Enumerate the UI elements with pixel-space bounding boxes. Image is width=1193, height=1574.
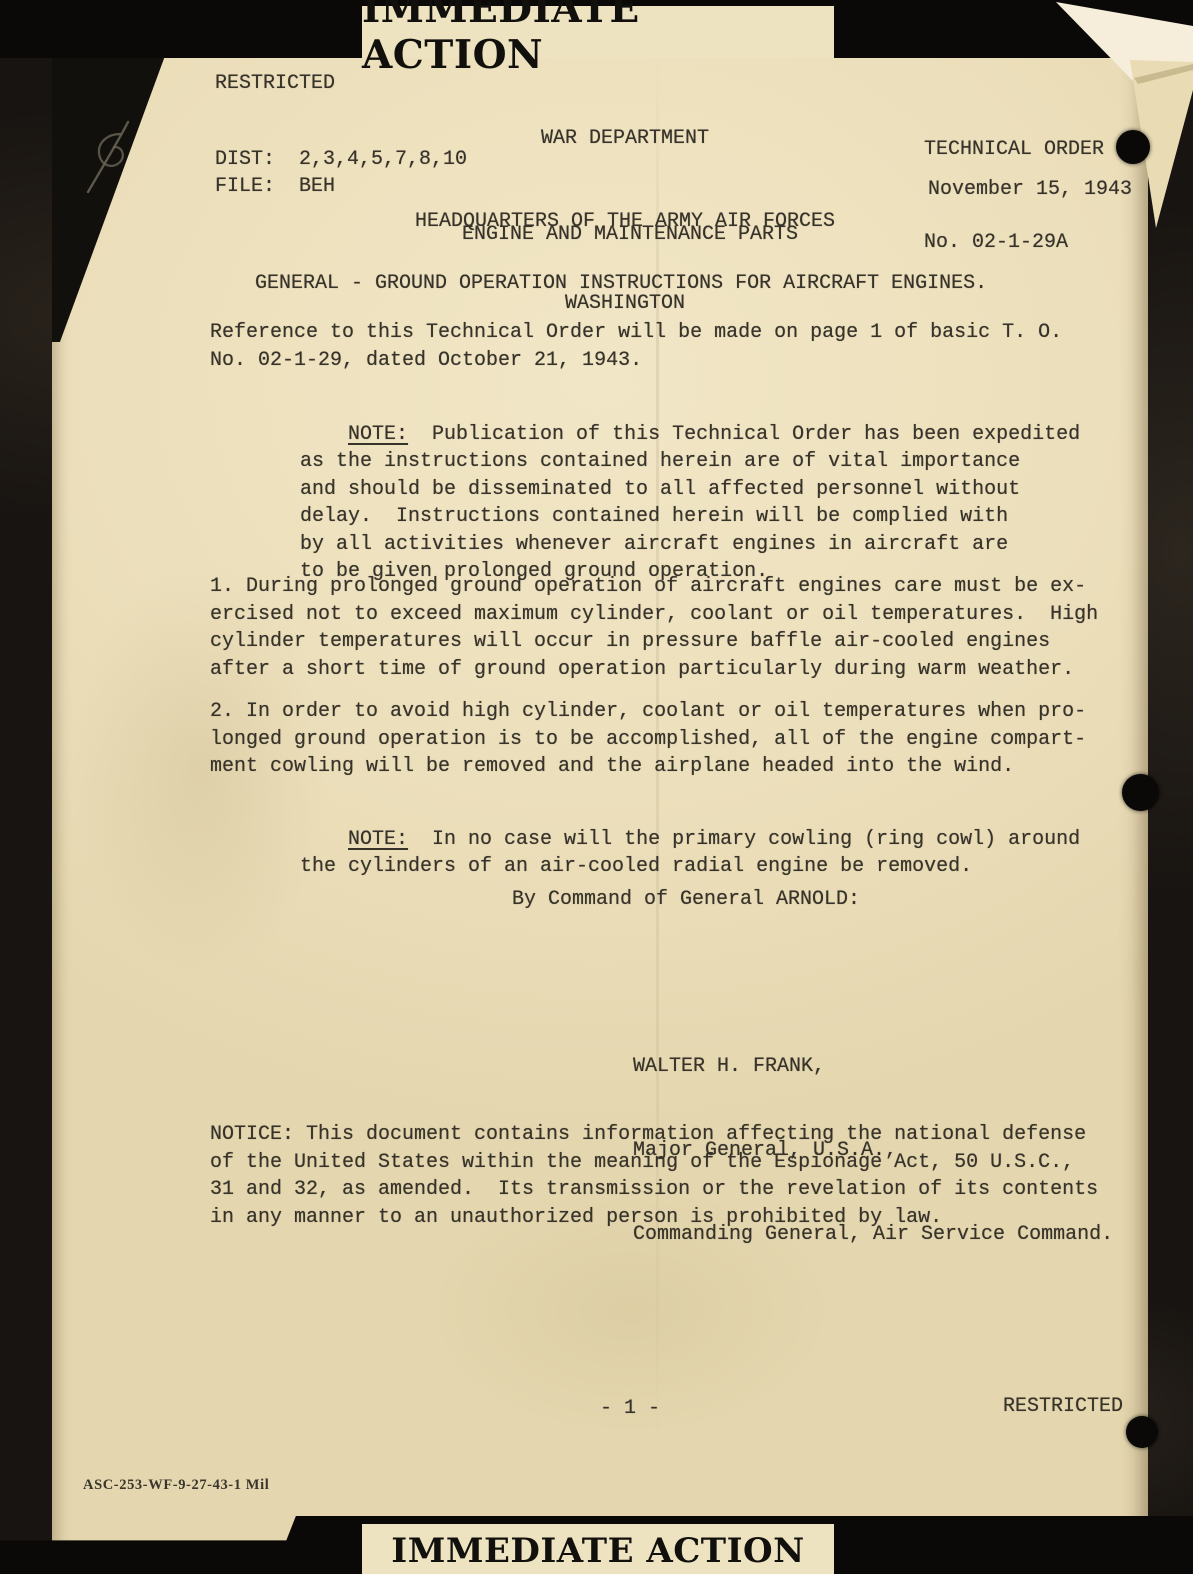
immediate-action-banner-top: IMMEDIATE ACTION bbox=[0, 0, 1193, 58]
punch-hole bbox=[1116, 130, 1150, 164]
classification-bottom: RESTRICTED bbox=[1003, 1393, 1123, 1421]
punch-hole bbox=[1126, 1416, 1158, 1448]
note-1-label: NOTE: bbox=[348, 423, 408, 446]
date-line: November 15, 1943 bbox=[928, 176, 1132, 204]
print-code: ASC-253-WF-9-27-43-1 Mil bbox=[83, 1477, 269, 1494]
note-1-text: Publication of this Technical Order has … bbox=[300, 423, 1080, 584]
signature-name: WALTER H. FRANK, bbox=[633, 1053, 1113, 1081]
paragraph-1: 1. During prolonged ground operation of … bbox=[210, 573, 1098, 683]
banner-bottom-text: IMMEDIATE ACTION bbox=[391, 1531, 804, 1571]
handwritten-mark bbox=[76, 116, 142, 202]
reference-paragraph: Reference to this Technical Order will b… bbox=[210, 319, 1062, 374]
technical-order-label: TECHNICAL ORDER bbox=[924, 134, 1104, 165]
dist-line: DIST: 2,3,4,5,7,8,10 bbox=[215, 146, 467, 174]
by-command-line: By Command of General ARNOLD: bbox=[512, 886, 860, 914]
espionage-notice: NOTICE: This document contains informati… bbox=[210, 1121, 1098, 1231]
note-2-text: In no case will the primary cowling (rin… bbox=[300, 828, 1080, 879]
punch-hole bbox=[1122, 774, 1159, 811]
page-number: - 1 - bbox=[210, 1395, 1050, 1423]
banner-top-text: IMMEDIATE ACTION bbox=[362, 0, 834, 78]
section-title: ENGINE AND MAINTENANCE PARTS bbox=[210, 221, 1050, 249]
note-2-label: NOTE: bbox=[348, 828, 408, 851]
paragraph-2: 2. In order to avoid high cylinder, cool… bbox=[210, 698, 1086, 781]
letterhead-department: WAR DEPARTMENT bbox=[400, 125, 850, 153]
immediate-action-label-bottom: IMMEDIATE ACTION bbox=[362, 1524, 834, 1574]
scanned-document-page: IMMEDIATE ACTION RESTRICTED WAR DEPARTME… bbox=[0, 0, 1193, 1574]
classification-top: RESTRICTED bbox=[215, 70, 335, 98]
subject-title: GENERAL - GROUND OPERATION INSTRUCTIONS … bbox=[255, 270, 987, 298]
immediate-action-label-top: IMMEDIATE ACTION bbox=[362, 6, 834, 58]
file-line: FILE: BEH bbox=[215, 173, 335, 201]
